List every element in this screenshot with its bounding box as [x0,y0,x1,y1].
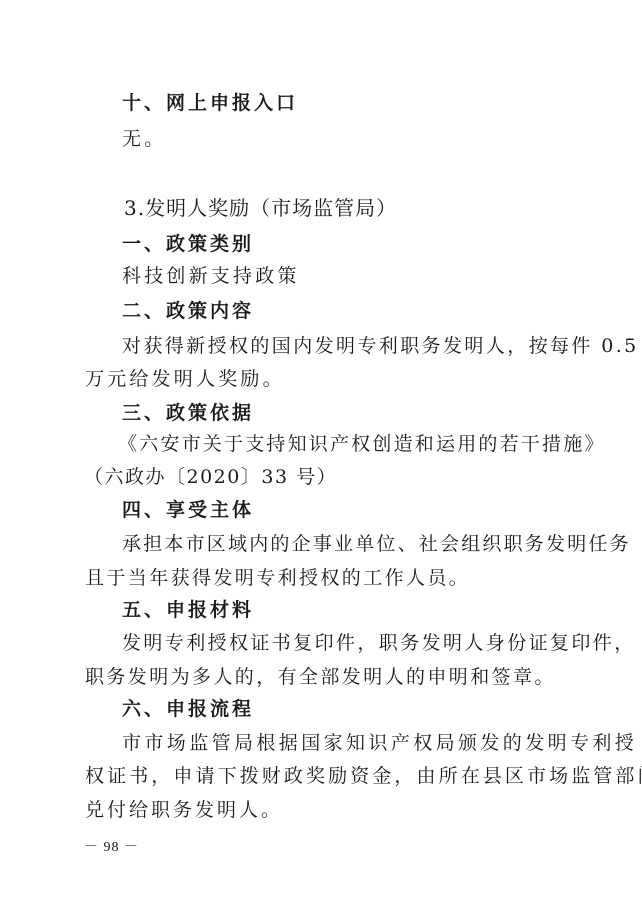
section-heading: 六、申报流程 [122,697,254,721]
paragraph: 发明专利授权证书复印件，职务发明人身份证复印件， [122,631,636,655]
item-title: 3.发明人奖励（市场监管局） [124,196,397,220]
section-heading: 三、政策依据 [122,401,254,425]
section-heading: 二、政策内容 [122,299,254,323]
paragraph: 承担本市区域内的企事业单位、社会组织职务发明任务 [122,532,631,556]
paragraph: 且于当年获得发明专利授权的工作人员。 [85,566,470,590]
section-heading: 五、申报材料 [122,598,254,622]
paragraph: （六政办〔2020〕33 号） [84,465,337,489]
page-number: － 98 － [84,836,139,860]
paragraph: 科技创新支持政策 [122,264,300,288]
paragraph: 对获得新授权的国内发明专利职务发明人，按每件 0.5 [122,334,639,358]
paragraph: 无。 [122,127,166,151]
section-heading: 十、网上申报入口 [122,91,298,115]
section-heading: 一、政策类别 [122,232,254,256]
paragraph: 万元给发明人奖励。 [85,367,285,391]
section-heading: 四、享受主体 [122,498,254,522]
paragraph: 兑付给职务发明人。 [85,798,283,822]
paragraph: 职务发明为多人的，有全部发明人的申明和签章。 [85,665,556,689]
paragraph: 权证书，申请下拨财政奖励资金，由所在县区市场监管部门 [85,764,642,788]
paragraph: 市市场监管局根据国家知识产权局颁发的发明专利授 [122,731,637,755]
paragraph: 《六安市关于支持知识产权创造和运用的若干措施》 [118,432,606,456]
